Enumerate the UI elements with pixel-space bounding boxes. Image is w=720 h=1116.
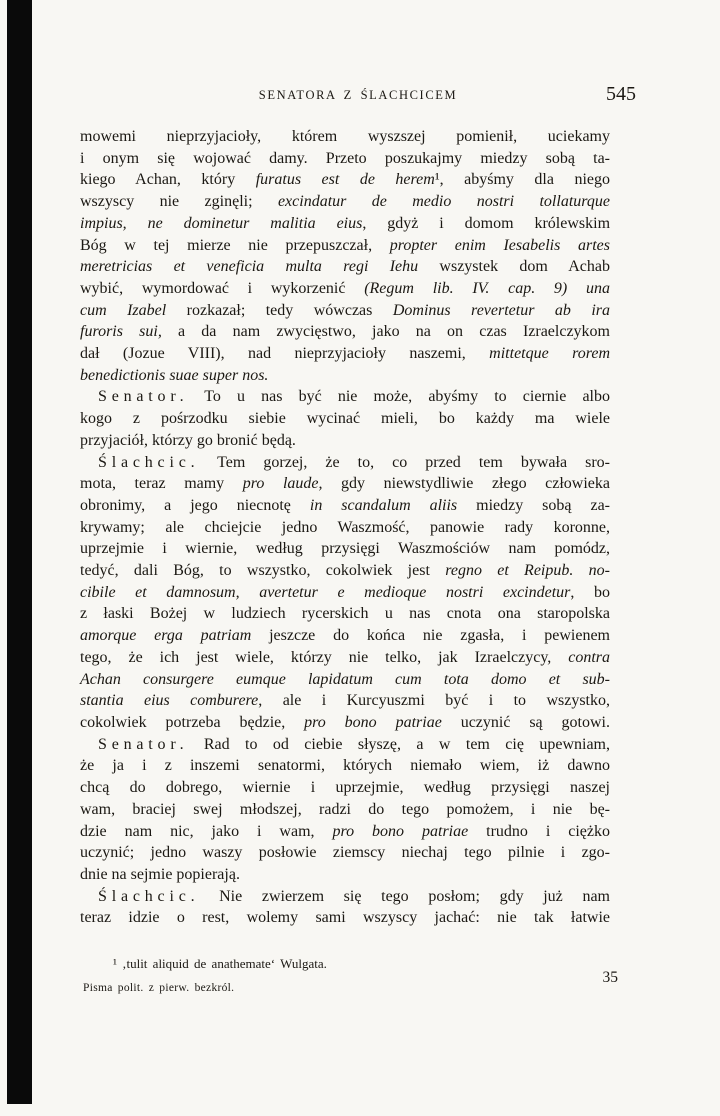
latin-phrase: contra — [568, 649, 610, 666]
page-number: 545 — [606, 83, 636, 106]
text-line: amorque erga patriam jeszcze do końca ni… — [80, 625, 610, 647]
text-run: rozkazał; tedy wówczas — [166, 302, 393, 319]
text-line: stantia eius comburere, ale i Kurcyuszmi… — [80, 690, 610, 712]
text-line: mota, teraz mamy pro laude, gdy niewstyd… — [80, 473, 610, 495]
latin-phrase: in scandalum aliis — [310, 497, 457, 514]
text-run: wszyscy nie zginęli; — [80, 193, 278, 210]
text-run: kiego Achan, który — [80, 171, 256, 188]
text-run: cokolwiek potrzeba będzie, — [80, 714, 304, 731]
text-run: Rad to od ciebie słyszę, a w tem cię upe… — [188, 736, 610, 753]
text-run: a da nam zwycięstwo, jako na on czas Izr… — [162, 323, 610, 340]
text-line: Ślachcic. Tem gorzej, że to, co przed te… — [80, 452, 610, 474]
speaker-name: Senator. — [98, 736, 188, 753]
latin-phrase: pro bono patriae — [304, 714, 442, 731]
text-run: kogo z pośrzodku siebie wycinać mieli, b… — [80, 410, 610, 427]
text-run: tedyć, dali Bóg, to wszystko, cokolwiek … — [80, 562, 445, 579]
text-run: i onym się wojować damy. Przeto poszukaj… — [80, 150, 610, 167]
text-line: cibile et damnosum, avertetur e medioque… — [80, 582, 610, 604]
running-title: SENATORA Z ŚLACHCICEM — [80, 83, 636, 103]
text-line: uczynić; jedno waszy posłowie ziemscy ni… — [80, 842, 610, 864]
text-run: tego, że ich jest wiele, którzy nie telk… — [80, 649, 568, 666]
body-text: mowemi nieprzyjacioły, którem wyszszej p… — [80, 126, 610, 929]
latin-phrase: Achan consurgere eumque lapidatum cum to… — [80, 671, 610, 688]
text-run: , gdyż i domom królewskim — [362, 215, 610, 232]
text-run: krywamy; ale chciejcie jedno Waszmość, p… — [80, 519, 610, 536]
text-line: cokolwiek potrzeba będzie, pro bono patr… — [80, 712, 610, 734]
text-run: To u nas być nie może, abyśmy to ciernie… — [188, 388, 610, 405]
text-run: teraz idzie o rest, wolemy sami wszyscy … — [80, 909, 610, 926]
scanned-page: SENATORA Z ŚLACHCICEM 545 mowemi nieprzy… — [0, 0, 720, 1116]
text-line: i onym się wojować damy. Przeto poszukaj… — [80, 148, 610, 170]
latin-phrase: Dominus revertetur ab ira — [393, 302, 610, 319]
latin-phrase: amorque erga patriam — [80, 627, 251, 644]
text-run: ¹, abyśmy dla niego — [435, 171, 610, 188]
latin-phrase: regno et Reipub. no- — [445, 562, 610, 579]
text-line: dał (Jozue VIII), nad nieprzyjacioły nas… — [80, 343, 610, 365]
text-run: przyjaciół, którzy go bronić będą. — [80, 432, 296, 449]
text-run: trudno i ciężko — [468, 823, 610, 840]
speaker-name: Senator. — [98, 388, 188, 405]
text-line: impius, ne dominetur malitia eius, gdyż … — [80, 213, 610, 235]
text-line: uprzejmie i wiernie, według przysięgi Wa… — [80, 538, 610, 560]
text-line: dzie nam nic, jako i wam, pro bono patri… — [80, 821, 610, 843]
text-line: wybić, wymordować i wykorzenić (Regum li… — [80, 278, 610, 300]
text-run: mowemi nieprzyjacioły, którem wyszszej p… — [80, 128, 610, 145]
latin-phrase: mittetque rorem — [489, 345, 610, 362]
text-line: kiego Achan, który furatus est de herem¹… — [80, 169, 610, 191]
text-run: chcą do dobrego, wiernie i uprzejmie, we… — [80, 779, 610, 796]
text-run: Tem gorzej, że to, co przed tem bywała s… — [199, 454, 610, 471]
text-line: tego, że ich jest wiele, którzy nie telk… — [80, 647, 610, 669]
text-line: meretricias et veneficia multa regi Iehu… — [80, 256, 610, 278]
text-run: uczynić są gotowi. — [442, 714, 610, 731]
text-run: że ja i z inszemi senatormi, których nie… — [80, 757, 610, 774]
text-run: Nie zwierzem się tego posłom; gdy już na… — [199, 888, 610, 905]
text-run: uprzejmie i wiernie, według przysięgi Wa… — [80, 540, 610, 557]
text-run: mota, teraz mamy — [80, 475, 243, 492]
latin-phrase: pro laude, — [243, 475, 323, 492]
latin-phrase: propter enim Iesabelis artes — [390, 237, 610, 254]
latin-phrase: benedictionis suae super nos. — [80, 367, 268, 384]
text-run: dał (Jozue VIII), nad nieprzyjacioły nas… — [80, 345, 489, 362]
text-run: gdy niewstydliwie złego człowieka — [323, 475, 611, 492]
text-line: że ja i z inszemi senatormi, których nie… — [80, 755, 610, 777]
text-run: obronimy, a jego niecnotę — [80, 497, 310, 514]
latin-phrase: furatus est de herem — [256, 171, 435, 188]
text-line: przyjaciół, którzy go bronić będą. — [80, 430, 610, 452]
series-signature: Pisma polit. z pierw. bezkról. — [83, 982, 234, 994]
latin-phrase: furoris sui, — [80, 323, 162, 340]
latin-phrase: pro bono patriae — [332, 823, 468, 840]
text-line: tedyć, dali Bóg, to wszystko, cokolwiek … — [80, 560, 610, 582]
text-line: furoris sui, a da nam zwycięstwo, jako n… — [80, 321, 610, 343]
text-line: cum Izabel rozkazał; tedy wówczas Dominu… — [80, 300, 610, 322]
text-run: wszystek dom Achab — [418, 258, 610, 275]
text-line: kogo z pośrzodku siebie wycinać mieli, b… — [80, 408, 610, 430]
text-line: Bóg w tej mierze nie przepuszczał, propt… — [80, 235, 610, 257]
text-line: benedictionis suae super nos. — [80, 365, 610, 387]
latin-phrase: cum Izabel — [80, 302, 166, 319]
latin-phrase: excindatur de medio nostri tollaturque — [278, 193, 610, 210]
text-line: teraz idzie o rest, wolemy sami wszyscy … — [80, 907, 610, 929]
text-run: dzie nam nic, jako i wam, — [80, 823, 332, 840]
text-run: , ale i Kurcyuszmi być i to wszystko, — [258, 692, 610, 709]
latin-phrase: cibile et damnosum, avertetur e medioque… — [80, 584, 570, 601]
text-run: , bo — [570, 584, 610, 601]
text-run: Bóg w tej mierze nie przepuszczał, — [80, 237, 390, 254]
text-line: wszyscy nie zginęli; excindatur de medio… — [80, 191, 610, 213]
latin-phrase: impius, ne dominetur malitia eius — [80, 215, 362, 232]
scan-edge-artifact — [7, 0, 32, 1104]
text-run: wam, braciej swej młodszej, radzi do teg… — [80, 801, 610, 818]
text-line: Achan consurgere eumque lapidatum cum to… — [80, 669, 610, 691]
text-line: chcą do dobrego, wiernie i uprzejmie, we… — [80, 777, 610, 799]
text-line: wam, braciej swej młodszej, radzi do teg… — [80, 799, 610, 821]
text-line: dnie na sejmie popierają. — [80, 864, 610, 886]
text-run: miedzy sobą za- — [457, 497, 610, 514]
text-run: dnie na sejmie popierają. — [80, 866, 240, 883]
latin-phrase: (Regum lib. IV. cap. 9) una — [364, 280, 610, 297]
text-run: wybić, wymordować i wykorzenić — [80, 280, 364, 297]
text-line: z łaski Bożej w ludziech rycerskich u na… — [80, 603, 610, 625]
latin-phrase: stantia eius comburere — [80, 692, 258, 709]
text-run: uczynić; jedno waszy posłowie ziemscy ni… — [80, 844, 610, 861]
text-line: krywamy; ale chciejcie jedno Waszmość, p… — [80, 517, 610, 539]
text-line: Ślachcic. Nie zwierzem się tego posłom; … — [80, 886, 610, 908]
text-line: Senator. To u nas być nie może, abyśmy t… — [80, 386, 610, 408]
text-run: jeszcze do końca nie zgasła, i pewienem — [251, 627, 610, 644]
speaker-name: Ślachcic. — [98, 454, 199, 471]
text-line: Senator. Rad to od ciebie słyszę, a w te… — [80, 734, 610, 756]
speaker-name: Ślachcic. — [98, 888, 199, 905]
text-line: obronimy, a jego niecnotę in scandalum a… — [80, 495, 610, 517]
text-line: mowemi nieprzyjacioły, którem wyszszej p… — [80, 126, 610, 148]
page-header: SENATORA Z ŚLACHCICEM 545 — [80, 83, 636, 107]
text-run: z łaski Bożej w ludziech rycerskich u na… — [80, 605, 610, 622]
latin-phrase: meretricias et veneficia multa regi Iehu — [80, 258, 418, 275]
